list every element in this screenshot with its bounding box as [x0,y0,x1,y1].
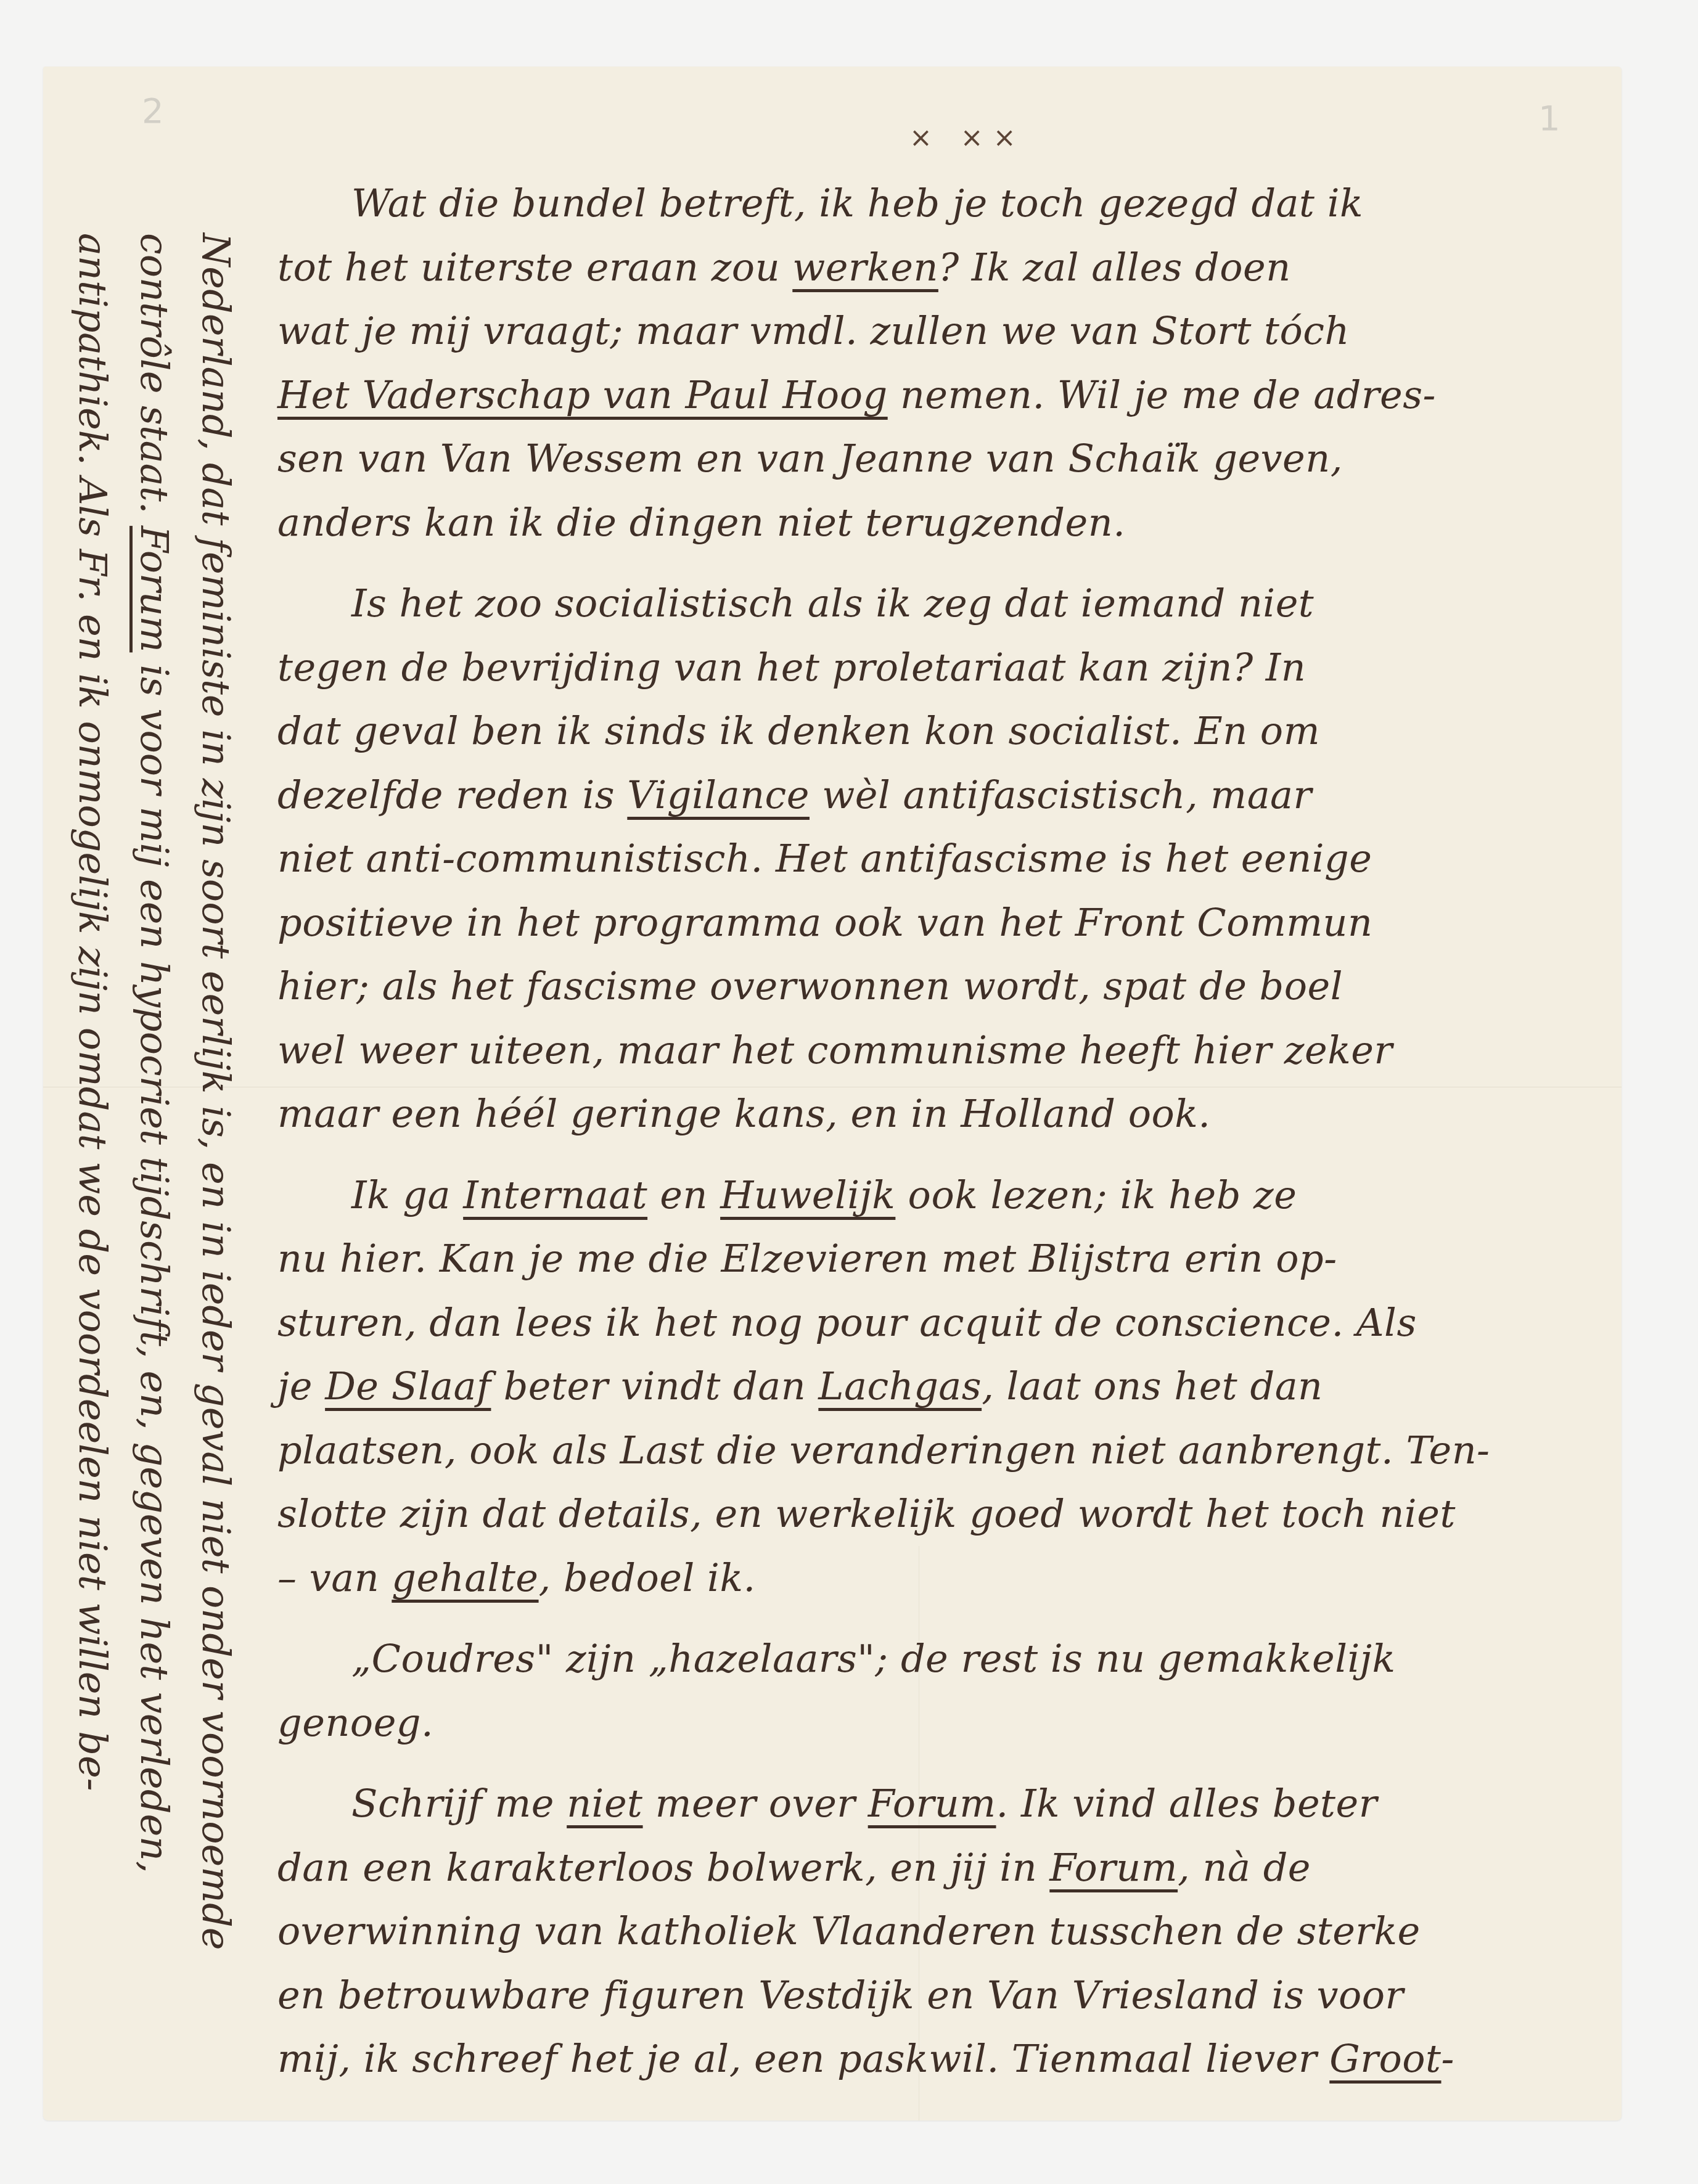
text-run: genoeg. [277,1700,433,1745]
margin-note-vertical: Nederland, dat feministe in zijn soort e… [62,233,247,2095]
body-line: en betrouwbare figuren Vestdijk en Van V… [277,1963,1622,2027]
body-line: nu hier. Kan je me die Elzevieren met Bl… [277,1227,1622,1291]
text-run: dat geval ben ik sinds ik denken kon soc… [277,708,1320,753]
text-run: positieve in het programma ook van het F… [277,900,1373,945]
underlined-title: Forum [868,1781,996,1826]
underlined-title: De Slaaf [325,1364,491,1409]
text-run: is voor mij een hypocriet tijdschrift, e… [132,652,177,1873]
text-run: Is het zoo socialistisch als ik zeg dat … [351,581,1314,626]
underlined-title: Forum [132,526,177,652]
text-run: sturen, dan lees ik het nog pour acquit … [277,1300,1417,1345]
text-run: tegen de bevrijding van het proletariaat… [277,645,1306,690]
underlined-title: Vigilance [627,772,810,817]
underlined-title: Groot [1329,2036,1441,2081]
text-run: overwinning van katholiek Vlaanderen tus… [277,1908,1421,1953]
body-line: „Coudres" zijn „hazelaars"; de rest is n… [277,1627,1622,1691]
text-run: , bedoel ik. [539,1555,756,1600]
body-line: maar een héél geringe kans, en in Hollan… [277,1082,1622,1146]
text-run: niet anti-communistisch. Het antifascism… [277,836,1372,881]
text-run: , nà de [1178,1845,1311,1890]
underlined-title: Lachgas [818,1364,982,1409]
body-line: mij, ik schreef het je al, een paskwil. … [277,2027,1622,2091]
underlined-title: Het Vaderschap van Paul Hoog [277,372,888,417]
text-run: - [1442,2036,1454,2081]
body-line: anders kan ik die dingen niet terugzende… [277,491,1622,555]
margin-line: Nederland, dat feministe in zijn soort e… [185,233,247,2095]
text-run: Wat die bundel betreft, ik heb je toch g… [351,181,1363,226]
text-run: je [277,1364,325,1409]
body-line: dat geval ben ik sinds ik denken kon soc… [277,699,1622,763]
text-run: wat je mij vraagt; maar vmdl. zullen we … [277,308,1350,353]
text-run: dan een karakterloos bolwerk, en jij in [277,1845,1049,1890]
text-run: nu hier. Kan je me die Elzevieren met Bl… [277,1236,1337,1281]
underlined-title: werken [792,245,938,290]
text-run: wel weer uiteen, maar het communisme hee… [277,1028,1393,1073]
body-line: Wat die bundel betreft, ik heb je toch g… [277,171,1622,235]
text-run: Ik ga [351,1172,463,1217]
body-line: slotte zijn dat details, en werkelijk go… [277,1482,1622,1546]
text-run: antipathiek. Als Fr. en ik onmogelijk zi… [70,233,115,1791]
text-run: en betrouwbare figuren Vestdijk en Van V… [277,1973,1404,2018]
underlined-title: gehalte [392,1555,538,1600]
text-run: mij, ik schreef het je al, een paskwil. … [277,2036,1329,2081]
letter-page: 2 1 × ×× Wat die bundel betreft, ik heb … [43,67,1622,2121]
text-run: nemen. Wil je me de adres- [888,372,1436,417]
body-line: sturen, dan lees ik het nog pour acquit … [277,1291,1622,1355]
body-line: Schrijf me niet meer over Forum. Ik vind… [277,1772,1622,1836]
margin-line: contrôle staat. Forum is voor mij een hy… [123,233,185,2095]
body-line: plaatsen, ook als Last die veranderingen… [277,1418,1622,1483]
text-run: anders kan ik die dingen niet terugzende… [277,500,1125,545]
body-line: dan een karakterloos bolwerk, en jij in … [277,1836,1622,1900]
underlined-title: Huwelijk [720,1172,895,1217]
body-line: tegen de bevrijding van het proletariaat… [277,636,1622,700]
text-run: . Ik vind alles beter [996,1781,1377,1826]
text-run: beter vindt dan [491,1364,818,1409]
text-run: maar een héél geringe kans, en in Hollan… [277,1091,1211,1136]
pencil-page-number-left: 2 [142,91,164,131]
body-line: – van gehalte, bedoel ik. [277,1546,1622,1610]
body-line: Ik ga Internaat en Huwelijk ook lezen; i… [277,1163,1622,1227]
section-marker: × ×× [909,122,1026,153]
text-run: Nederland, dat feministe in zijn soort e… [194,233,239,1950]
text-run: slotte zijn dat details, en werkelijk go… [277,1491,1456,1536]
body-line: Is het zoo socialistisch als ik zeg dat … [277,571,1622,636]
text-run: sen van Van Wessem en van Jeanne van Sch… [277,436,1343,481]
body-line: tot het uiterste eraan zou werken? Ik za… [277,235,1622,300]
text-run: ? Ik zal alles doen [938,245,1291,290]
text-run: „Coudres" zijn „hazelaars"; de rest is n… [351,1636,1396,1681]
underlined-title: Internaat [463,1172,647,1217]
margin-line: antipathiek. Als Fr. en ik onmogelijk zi… [62,233,123,2095]
text-run: dezelfde reden is [277,772,627,817]
underlined-title: niet [567,1781,642,1826]
pencil-page-number-right: 1 [1538,99,1561,139]
text-run: contrôle staat. [132,233,177,526]
text-run: plaatsen, ook als Last die veranderingen… [277,1428,1490,1473]
body-line: wat je mij vraagt; maar vmdl. zullen we … [277,299,1622,363]
text-run: wèl antifascistisch, maar [810,772,1312,817]
text-run: – van [277,1555,392,1600]
body-line: hier; als het fascisme overwonnen wordt,… [277,954,1622,1018]
text-run: tot het uiterste eraan zou [277,245,792,290]
text-run: en [647,1172,720,1217]
text-run: hier; als het fascisme overwonnen wordt,… [277,963,1343,1008]
text-run: Schrijf me [351,1781,567,1826]
underlined-title: Forum [1049,1845,1178,1890]
body-line: dezelfde reden is Vigilance wèl antifasc… [277,763,1622,827]
body-line: overwinning van katholiek Vlaanderen tus… [277,1899,1622,1963]
letter-body: Wat die bundel betreft, ik heb je toch g… [277,171,1622,2091]
body-line: sen van Van Wessem en van Jeanne van Sch… [277,427,1622,491]
body-line: positieve in het programma ook van het F… [277,891,1622,955]
body-line: Het Vaderschap van Paul Hoog nemen. Wil … [277,363,1622,427]
text-run: , laat ons het dan [982,1364,1323,1409]
body-line: genoeg. [277,1691,1622,1755]
text-run: ook lezen; ik heb ze [895,1172,1297,1217]
body-line: wel weer uiteen, maar het communisme hee… [277,1018,1622,1082]
text-run: meer over [643,1781,868,1826]
body-line: niet anti-communistisch. Het antifascism… [277,827,1622,891]
body-line: je De Slaaf beter vindt dan Lachgas, laa… [277,1354,1622,1418]
